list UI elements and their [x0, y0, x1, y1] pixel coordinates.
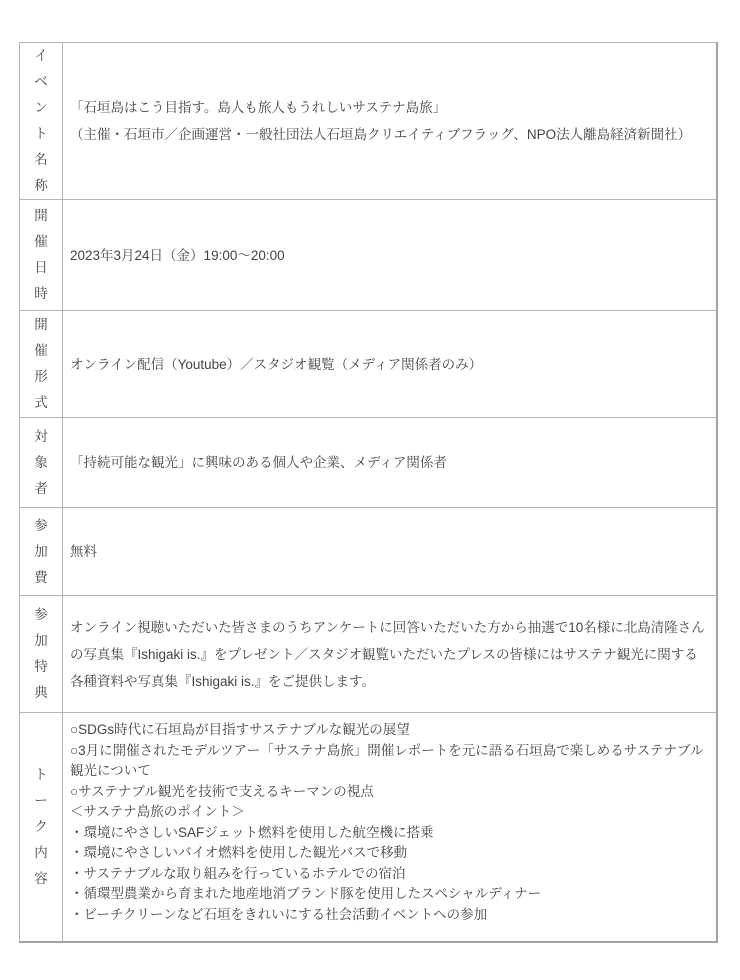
event-benefits-text: オンライン視聴いただいた皆さまのうちアンケートに回答いただいた方から抽選で10名… — [70, 614, 706, 695]
event-fee-text: 無料 — [70, 538, 706, 565]
table-row-format: 開 催 形 式 オンライン配信（Youtube）／スタジオ観覧（メディア関係者の… — [20, 311, 718, 418]
talk-point-5: ・ビーチクリーンなど石垣をきれいにする社会活動イベントへの参加 — [70, 905, 706, 926]
table-row-audience: 対 象 者 「持続可能な観光」に興味のある個人や企業、メディア関係者 — [20, 418, 718, 508]
talk-points-heading: ＜サステナ島旅のポイント＞ — [70, 802, 706, 823]
talk-topic-3: ○サステナブル観光を技術で支えるキーマンの視点 — [70, 782, 706, 803]
row-header-benefits: 参 加 特 典 — [20, 596, 63, 713]
table-row-talk-contents: ト ー ク 内 容 ○SDGs時代に石垣島が目指すサステナブルな観光の展望 ○3… — [20, 713, 718, 942]
talk-topic-1: ○SDGs時代に石垣島が目指すサステナブルな観光の展望 — [70, 720, 706, 741]
row-content-fee: 無料 — [63, 508, 718, 596]
talk-point-3: ・サステナブルな取り組みを行っているホテルでの宿泊 — [70, 864, 706, 885]
table-row-fee: 参 加 費 無料 — [20, 508, 718, 596]
table-row-date-time: 開 催 日 時 2023年3月24日（金）19:00～20:00 — [20, 200, 718, 311]
talk-topic-2: ○3月に開催されたモデルツアー「サステナ島旅」開催レポートを元に語る石垣島で楽し… — [70, 741, 706, 782]
table-row-benefits: 参 加 特 典 オンライン視聴いただいた皆さまのうちアンケートに回答いただいた方… — [20, 596, 718, 713]
event-format-text: オンライン配信（Youtube）／スタジオ観覧（メディア関係者のみ） — [70, 351, 706, 378]
event-title-text: 「石垣島はこう目指す。島人も旅人もうれしいサステナ島旅」 — [70, 94, 706, 121]
row-header-audience: 対 象 者 — [20, 418, 63, 508]
row-header-event-name: イ ベ ン ト 名 称 — [20, 43, 63, 200]
row-header-format: 開 催 形 式 — [20, 311, 63, 418]
event-organizer-text: （主催・石垣市／企画運営・一般社団法人石垣島クリエイティブフラッグ、NPO法人離… — [70, 121, 706, 148]
page: イ ベ ン ト 名 称 「石垣島はこう目指す。島人も旅人もうれしいサステナ島旅」… — [0, 0, 740, 980]
event-audience-text: 「持続可能な観光」に興味のある個人や企業、メディア関係者 — [70, 449, 706, 476]
row-content-benefits: オンライン視聴いただいた皆さまのうちアンケートに回答いただいた方から抽選で10名… — [63, 596, 718, 713]
row-header-talk-contents: ト ー ク 内 容 — [20, 713, 63, 942]
talk-point-2: ・環境にやさしいバイオ燃料を使用した観光バスで移動 — [70, 843, 706, 864]
row-content-talk-contents: ○SDGs時代に石垣島が目指すサステナブルな観光の展望 ○3月に開催されたモデル… — [63, 713, 718, 942]
table-row-event-name: イ ベ ン ト 名 称 「石垣島はこう目指す。島人も旅人もうれしいサステナ島旅」… — [20, 43, 718, 200]
event-info-table: イ ベ ン ト 名 称 「石垣島はこう目指す。島人も旅人もうれしいサステナ島旅」… — [19, 42, 718, 943]
row-content-date-time: 2023年3月24日（金）19:00～20:00 — [63, 200, 718, 311]
talk-point-4: ・循環型農業から育まれた地産地消ブランド豚を使用したスペシャルディナー — [70, 884, 706, 905]
row-content-audience: 「持続可能な観光」に興味のある個人や企業、メディア関係者 — [63, 418, 718, 508]
row-header-fee: 参 加 費 — [20, 508, 63, 596]
event-datetime-text: 2023年3月24日（金）19:00～20:00 — [70, 242, 706, 269]
row-header-date-time: 開 催 日 時 — [20, 200, 63, 311]
talk-point-1: ・環境にやさしいSAFジェット燃料を使用した航空機に搭乗 — [70, 823, 706, 844]
row-content-format: オンライン配信（Youtube）／スタジオ観覧（メディア関係者のみ） — [63, 311, 718, 418]
row-content-event-name: 「石垣島はこう目指す。島人も旅人もうれしいサステナ島旅」 （主催・石垣市／企画運… — [63, 43, 718, 200]
